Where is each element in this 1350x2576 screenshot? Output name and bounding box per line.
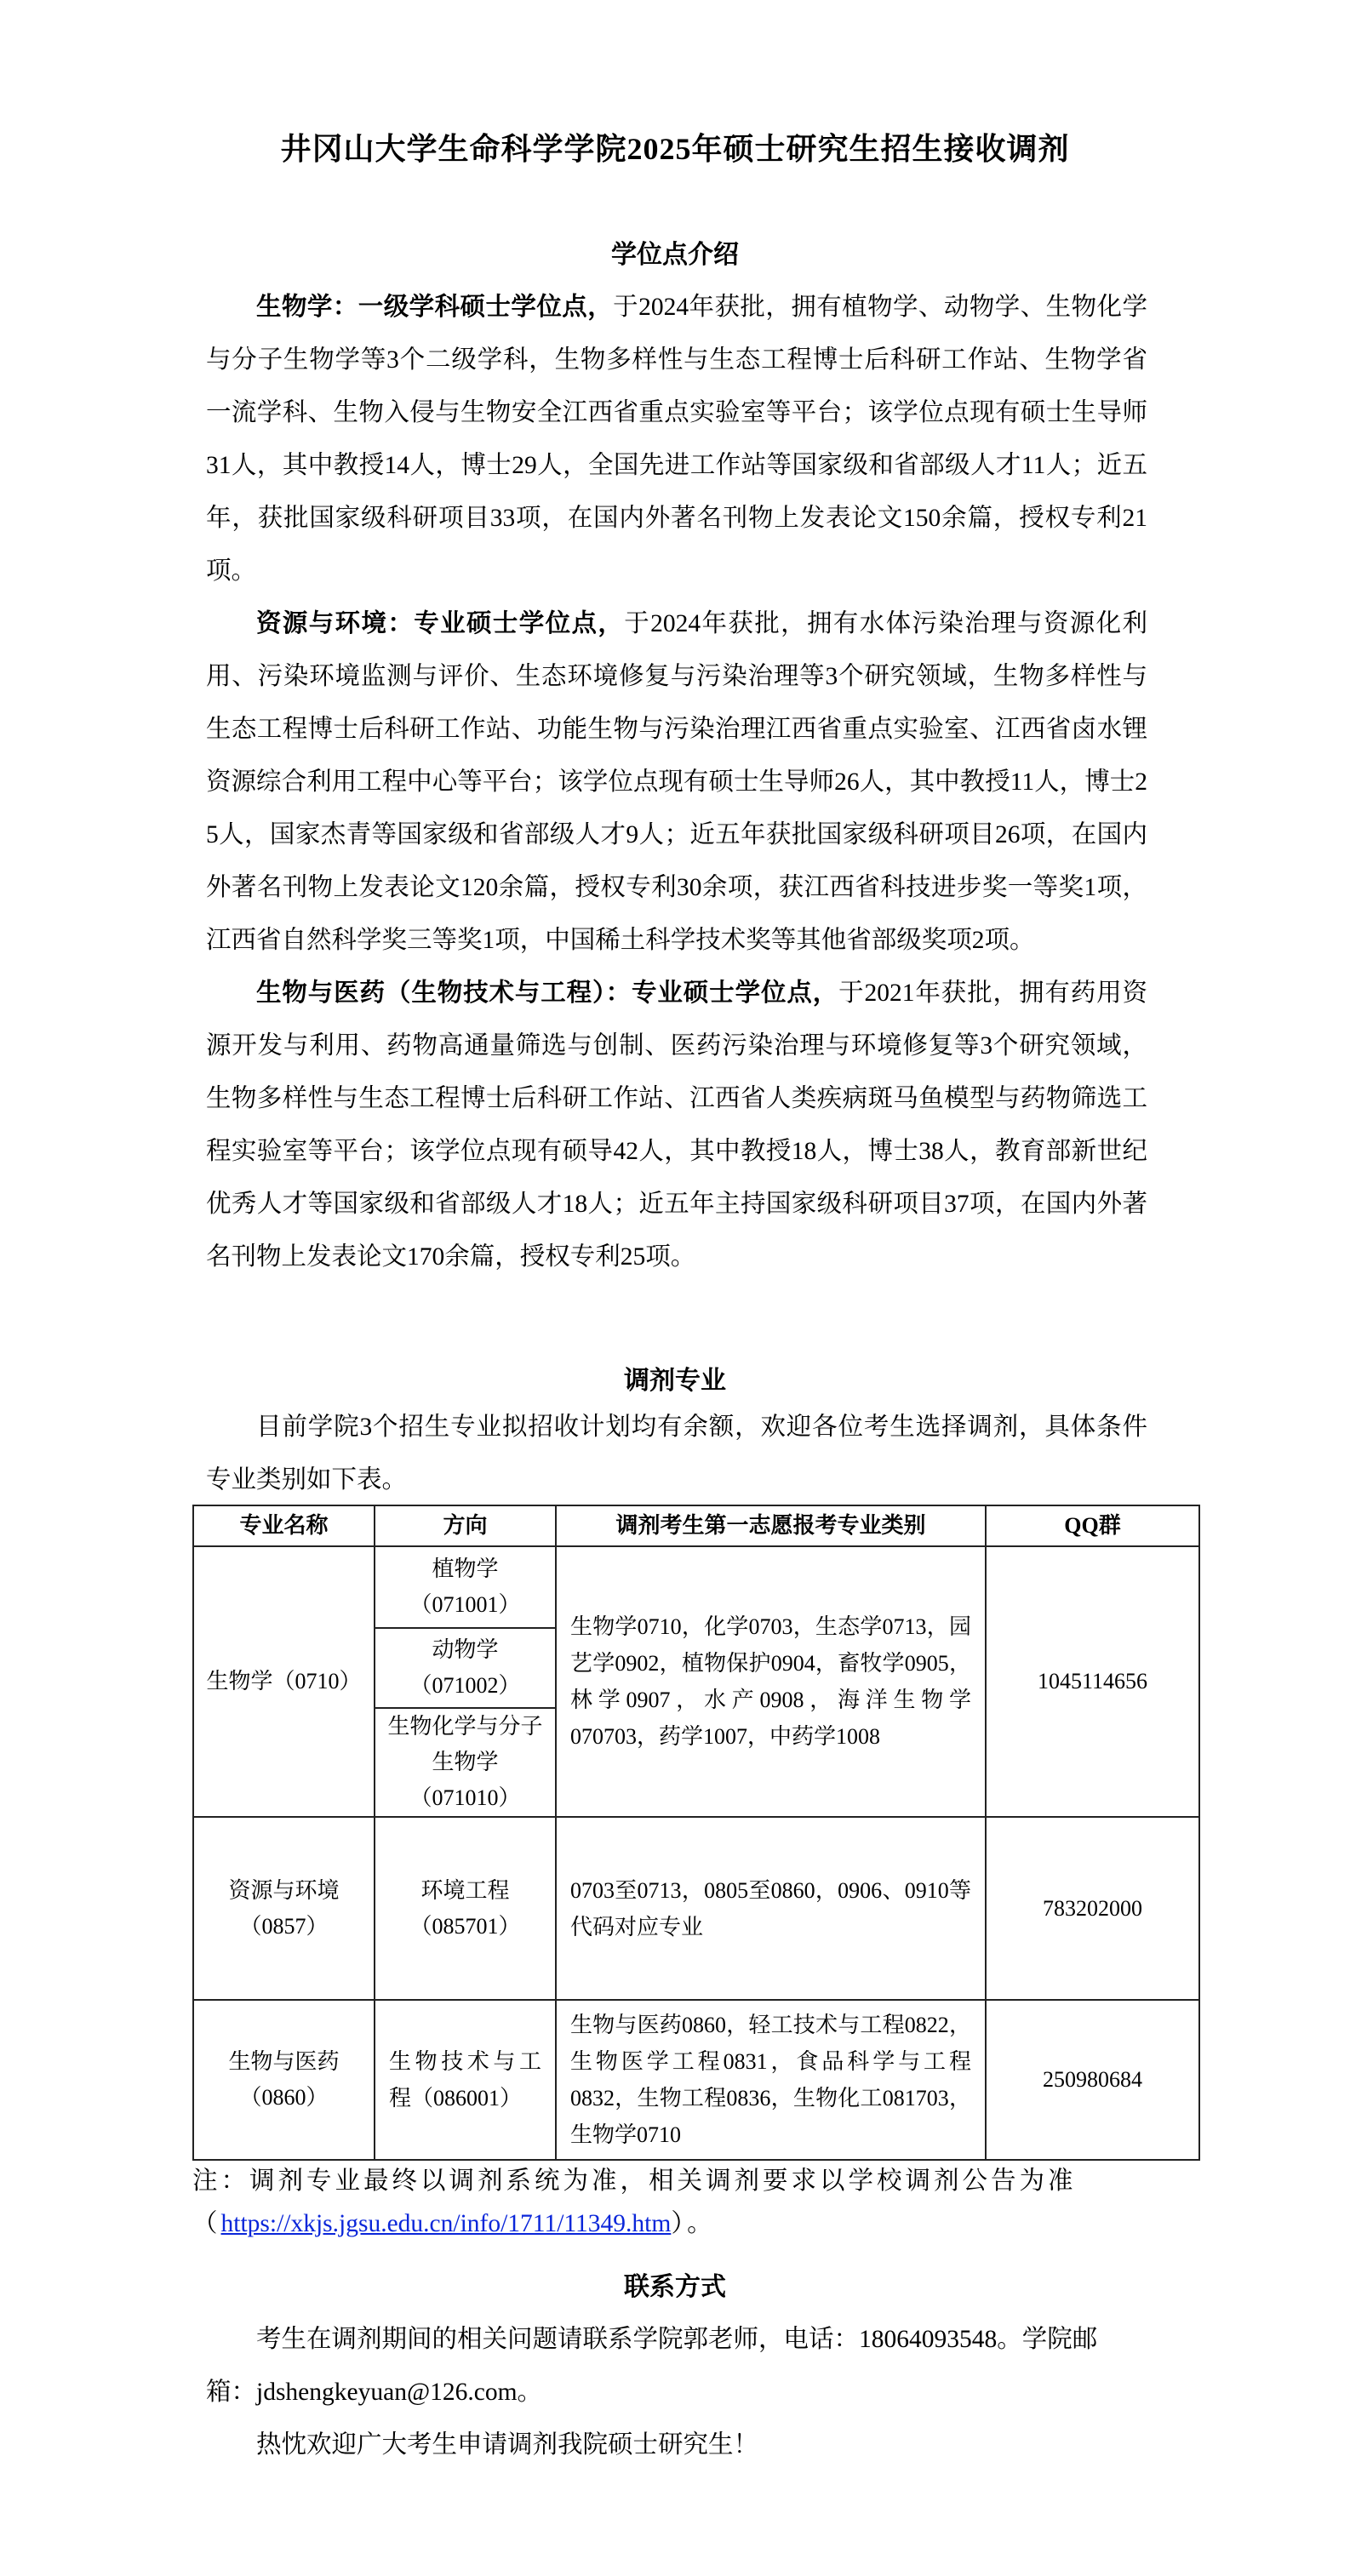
major-name: 资源与环境	[206, 1873, 362, 1909]
program-label: 生物与医药（生物技术与工程）：专业硕士学位点，	[256, 980, 838, 1007]
adjust-majors-table: 专业名称 方向 调剂考生第一志愿报考专业类别 QQ群 生物学（0710） 植物学…	[192, 1505, 1200, 2161]
program-label: 生物学：一级学科硕士学位点，	[256, 294, 613, 321]
direction-cell: 生物化学与分子生物学 （071010）	[375, 1708, 556, 1817]
program-paragraph-resources-environment: 资源与环境：专业硕士学位点，于2024年获批，拥有水体污染治理与资源化利用、污染…	[206, 597, 1147, 967]
major-name-cell: 生物学（0710）	[193, 1546, 375, 1817]
program-text: 于2021年获批，拥有药用资源开发与利用、药物高通量筛选与创制、医药污染治理与环…	[206, 980, 1147, 1271]
direction-code: （071001）	[387, 1587, 543, 1623]
program-paragraph-biology: 生物学：一级学科硕士学位点，于2024年获批，拥有植物学、动物学、生物化学与分子…	[206, 281, 1147, 597]
program-text: 于2024年获批，拥有植物学、动物学、生物化学与分子生物学等3个二级学科，生物多…	[206, 294, 1147, 585]
program-text: 于2024年获批，拥有水体污染治理与资源化利用、污染环境监测与评价、生态环境修复…	[206, 610, 1147, 954]
table-row: 生物学（0710） 植物学 （071001） 生物学0710，化学0703，生态…	[193, 1546, 1199, 1628]
direction-name: 生物化学与分子生物学	[387, 1709, 543, 1780]
welcome-message: 热忱欢迎广大考生申请调剂我院硕士研究生！	[206, 2419, 1147, 2471]
qq-group-cell: 1045114656	[986, 1546, 1199, 1817]
direction-cell: 生物技术与工程（086001）	[375, 2000, 556, 2160]
adjust-intro-text: 目前学院3个招生专业拟招收计划均有余额，欢迎各位考生选择调剂，具体条件专业类别如…	[206, 1401, 1147, 1506]
direction-cell: 环境工程 （085701）	[375, 1817, 556, 2000]
table-row: 资源与环境 （0857） 环境工程 （085701） 0703至0713，080…	[193, 1817, 1199, 2000]
note-suffix: ）。	[671, 2210, 715, 2237]
table-header-row: 专业名称 方向 调剂考生第一志愿报考专业类别 QQ群	[193, 1505, 1199, 1546]
program-paragraph-bio-medicine: 生物与医药（生物技术与工程）：专业硕士学位点，于2021年获批，拥有药用资源开发…	[206, 967, 1147, 1283]
direction-name: 环境工程	[387, 1873, 543, 1909]
qq-group-cell: 783202000	[986, 1817, 1199, 2000]
intro-paragraphs: 生物学：一级学科硕士学位点，于2024年获批，拥有植物学、动物学、生物化学与分子…	[206, 281, 1147, 1283]
contact-paragraphs: 考生在调剂期间的相关问题请联系学院郭老师，电话：18064093548。学院邮箱…	[206, 2313, 1147, 2471]
document-page: 井冈山大学生命科学学院2025年硕士研究生招生接收调剂 学位点介绍 生物学：一级…	[0, 0, 1350, 2576]
direction-code: （085701）	[387, 1909, 543, 1945]
header-direction: 方向	[375, 1505, 556, 1546]
direction-cell: 植物学 （071001）	[375, 1546, 556, 1628]
announcement-link[interactable]: https://xkjs.jgsu.edu.cn/info/1711/11349…	[221, 2210, 672, 2237]
contact-info: 考生在调剂期间的相关问题请联系学院郭老师，电话：18064093548。学院邮箱…	[206, 2313, 1147, 2419]
direction-cell: 动物学 （071002）	[375, 1628, 556, 1708]
table-row: 生物与医药 （0860） 生物技术与工程（086001） 生物与医药0860，轻…	[193, 2000, 1199, 2160]
header-qq-group: QQ群	[986, 1505, 1199, 1546]
qq-group-cell: 250980684	[986, 2000, 1199, 2160]
section-heading-contact: 联系方式	[0, 2270, 1350, 2305]
major-name: 生物与医药	[206, 2044, 362, 2080]
direction-name: 动物学	[387, 1632, 543, 1668]
document-title: 井冈山大学生命科学学院2025年硕士研究生招生接收调剂	[0, 128, 1350, 170]
section-heading-adjust: 调剂专业	[0, 1364, 1350, 1398]
categories-cell: 生物与医药0860，轻工技术与工程0822，生物医学工程0831，食品科学与工程…	[556, 2000, 986, 2160]
direction-code: （071010）	[387, 1780, 543, 1816]
major-code: （0860）	[206, 2080, 362, 2116]
major-name-cell: 生物与医药 （0860）	[193, 2000, 375, 2160]
header-major-name: 专业名称	[193, 1505, 375, 1546]
adjust-intro: 目前学院3个招生专业拟招收计划均有余额，欢迎各位考生选择调剂，具体条件专业类别如…	[206, 1401, 1147, 1506]
direction-name: 植物学	[387, 1551, 543, 1587]
program-label: 资源与环境：专业硕士学位点，	[256, 610, 624, 637]
section-heading-intro: 学位点介绍	[0, 238, 1350, 272]
major-code: （0857）	[206, 1909, 362, 1945]
direction-code: （071002）	[387, 1668, 543, 1704]
categories-cell: 0703至0713，0805至0860，0906、0910等代码对应专业	[556, 1817, 986, 2000]
categories-cell: 生物学0710，化学0703，生态学0713，园艺学0902，植物保护0904，…	[556, 1546, 986, 1817]
adjust-note: 注：调剂专业最终以调剂系统为准，相关调剂要求以学校调剂公告为准（https://…	[192, 2160, 1154, 2245]
major-name-cell: 资源与环境 （0857）	[193, 1817, 375, 2000]
header-first-choice-categories: 调剂考生第一志愿报考专业类别	[556, 1505, 986, 1546]
